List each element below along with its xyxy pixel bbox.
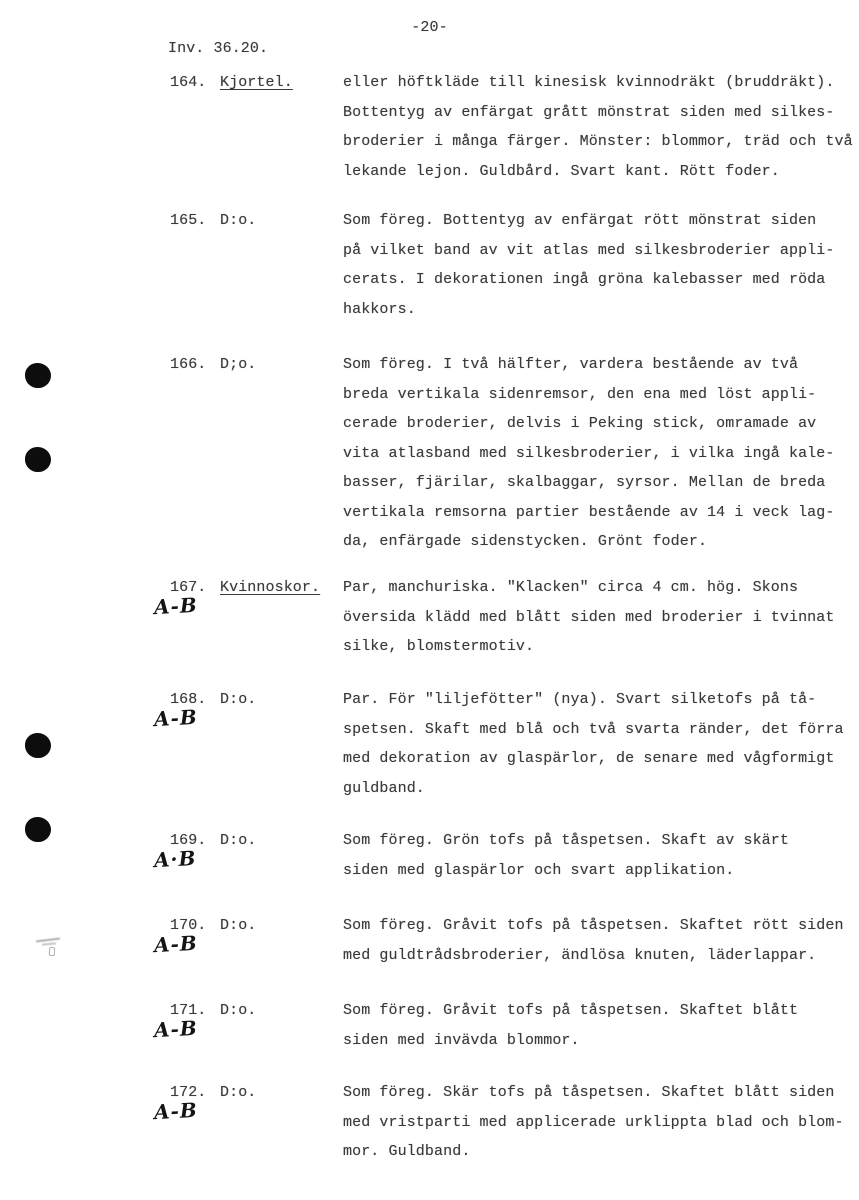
entry-number: 166.	[170, 350, 206, 380]
description-line: Som föreg. Gråvit tofs på tåspetsen. Ska…	[343, 996, 798, 1026]
pencil-smudge	[36, 936, 66, 956]
description-line: cerats. I dekorationen ingå gröna kaleba…	[343, 265, 834, 295]
entry-object-label: D:o.	[220, 996, 256, 1026]
black-dot-mark	[25, 817, 51, 842]
entry-description: Som föreg. Gråvit tofs på tåspetsen. Ska…	[343, 911, 844, 970]
entry-description: Par. För "liljefötter" (nya). Svart silk…	[343, 685, 844, 803]
description-line: vita atlasband med silkesbroderier, i vi…	[343, 439, 834, 469]
entry-description: eller höftkläde till kinesisk kvinnodräk…	[343, 68, 853, 186]
scanned-inventory-page: -20- Inv. 36.20. 164.Kjortel.eller höftk…	[0, 0, 859, 1200]
entry-description: Som föreg. Grön tofs på tåspetsen. Skaft…	[343, 826, 789, 885]
entry-description: Som föreg. Gråvit tofs på tåspetsen. Ska…	[343, 996, 798, 1055]
description-line: silke, blomstermotiv.	[343, 632, 834, 662]
description-line: Par, manchuriska. "Klacken" circa 4 cm. …	[343, 573, 834, 603]
black-dot-mark	[25, 363, 51, 388]
description-line: spetsen. Skaft med blå och två svarta rä…	[343, 715, 844, 745]
entry-object-label: D;o.	[220, 350, 256, 380]
description-line: siden med invävda blommor.	[343, 1026, 798, 1056]
description-line: lekande lejon. Guldbård. Svart kant. Röt…	[343, 157, 853, 187]
description-line: Bottentyg av enfärgat grått mönstrat sid…	[343, 98, 853, 128]
description-line: basser, fjärilar, skalbaggar, syrsor. Me…	[343, 468, 834, 498]
entry-annotation-handwritten: A-B	[153, 705, 198, 731]
entry-annotation-handwritten: A-B	[153, 931, 198, 957]
description-line: eller höftkläde till kinesisk kvinnodräk…	[343, 68, 853, 98]
entry-object-label: D:o.	[220, 1078, 256, 1108]
description-line: Som föreg. Bottentyg av enfärgat rött mö…	[343, 206, 834, 236]
entry-annotation-handwritten: A·B	[153, 846, 197, 872]
entry-object-label: Kvinnoskor.	[220, 573, 320, 603]
smudge-stroke	[42, 942, 56, 945]
description-line: Som föreg. I två hälfter, vardera beståe…	[343, 350, 834, 380]
entry-object-label: D:o.	[220, 911, 256, 941]
description-line: hakkors.	[343, 295, 834, 325]
entry-description: Par, manchuriska. "Klacken" circa 4 cm. …	[343, 573, 834, 662]
entry-description: Som föreg. I två hälfter, vardera beståe…	[343, 350, 834, 557]
description-line: med dekoration av glaspärlor, de senare …	[343, 744, 844, 774]
entry-number: 164.	[170, 68, 206, 98]
entry-object-label: D:o.	[220, 206, 256, 236]
entry-annotation-handwritten: A-B	[153, 1098, 198, 1124]
description-line: cerade broderier, delvis i Peking stick,…	[343, 409, 834, 439]
description-line: Par. För "liljefötter" (nya). Svart silk…	[343, 685, 844, 715]
description-line: med vristparti med applicerade urklippta…	[343, 1108, 844, 1138]
smudge-stroke	[49, 947, 56, 956]
description-line: på vilket band av vit atlas med silkesbr…	[343, 236, 834, 266]
page-number: -20-	[0, 13, 859, 43]
description-line: med guldtrådsbroderier, ändlösa knuten, …	[343, 941, 844, 971]
description-line: Som föreg. Skär tofs på tåspetsen. Skaft…	[343, 1078, 844, 1108]
description-line: Som föreg. Grön tofs på tåspetsen. Skaft…	[343, 826, 789, 856]
inventory-number: Inv. 36.20.	[168, 34, 268, 64]
description-line: siden med glaspärlor och svart applikati…	[343, 856, 789, 886]
description-line: vertikala remsorna partier bestående av …	[343, 498, 834, 528]
entry-description: Som föreg. Bottentyg av enfärgat rött mö…	[343, 206, 834, 324]
entry-object-label: D:o.	[220, 826, 256, 856]
description-line: Som föreg. Gråvit tofs på tåspetsen. Ska…	[343, 911, 844, 941]
description-line: da, enfärgade sidenstycken. Grönt foder.	[343, 527, 834, 557]
entry-number: 165.	[170, 206, 206, 236]
entry-object-label: Kjortel.	[220, 68, 293, 98]
entry-annotation-handwritten: A-B	[153, 593, 198, 619]
black-dot-mark	[25, 733, 51, 758]
entry-description: Som föreg. Skär tofs på tåspetsen. Skaft…	[343, 1078, 844, 1167]
description-line: översida klädd med blått siden med brode…	[343, 603, 834, 633]
description-line: mor. Guldband.	[343, 1137, 844, 1167]
description-line: breda vertikala sidenremsor, den ena med…	[343, 380, 834, 410]
description-line: broderier i många färger. Mönster: blomm…	[343, 127, 853, 157]
entry-object-label: D:o.	[220, 685, 256, 715]
black-dot-mark	[25, 447, 51, 472]
entry-annotation-handwritten: A-B	[153, 1016, 198, 1042]
smudge-stroke	[36, 938, 60, 943]
description-line: guldband.	[343, 774, 844, 804]
